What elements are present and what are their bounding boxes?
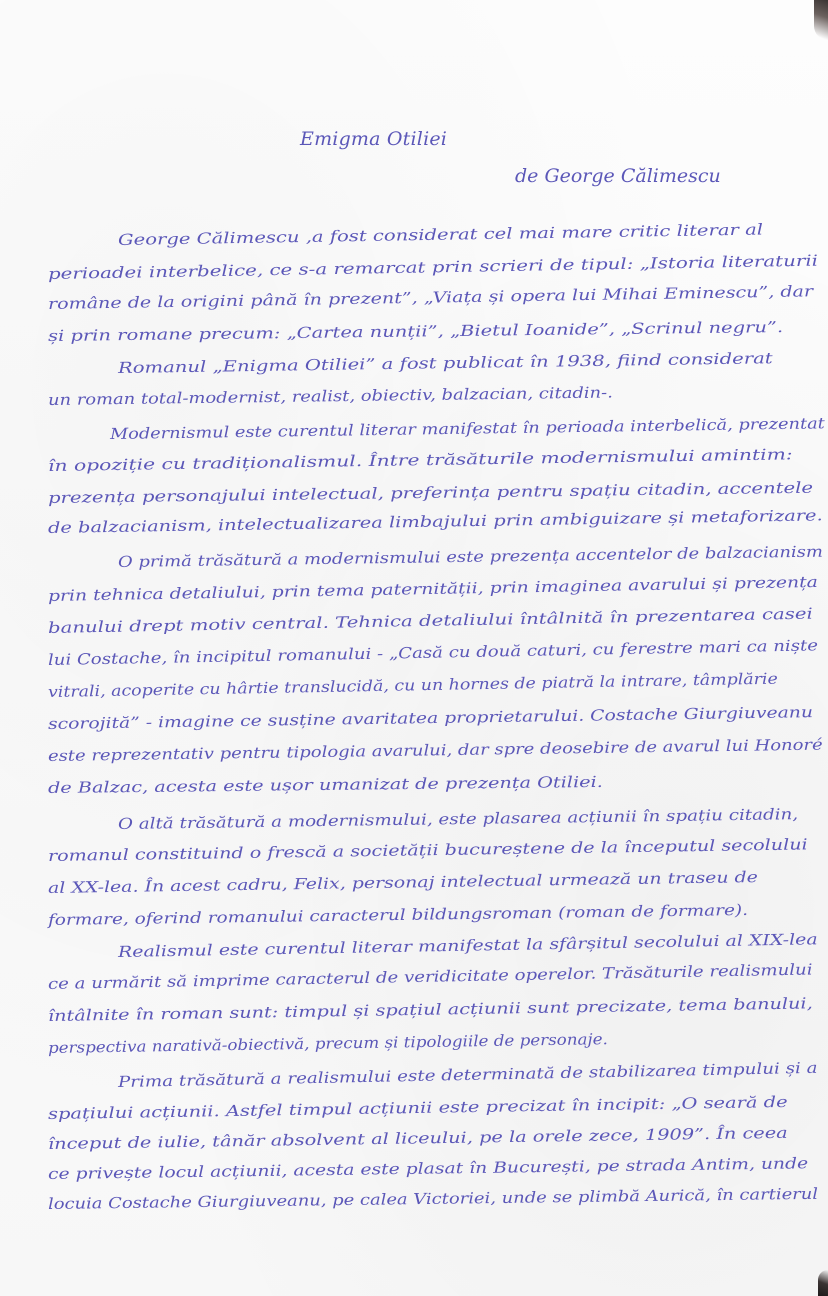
notebook-page: Emigma Otiliei de George Călimescu Georg… [0, 0, 828, 1296]
essay-line: vitrali, acoperite cu hârtie translucidă… [48, 669, 778, 702]
essay-line: Romanul „Enigma Otiliei” a fost publicat… [118, 348, 773, 378]
page-corner-shadow [818, 1270, 828, 1296]
essay-line: început de iulie, tânăr absolvent al lic… [48, 1123, 788, 1154]
essay-author: de George Călimescu [515, 165, 721, 187]
essay-line: Prima trăsătură a realismului este deter… [118, 1058, 818, 1092]
essay-line: scorojită” - imagine ce susține avaritat… [48, 702, 813, 734]
page-corner-shadow [814, 0, 828, 40]
essay-line: O altă trăsătură a modernismului, este p… [118, 804, 799, 834]
essay-line: O primă trăsătură a modernismului este p… [118, 542, 823, 572]
essay-line: prezența personajului intelectual, prefe… [48, 478, 813, 508]
essay-line: formare, oferind romanului caracterul bi… [48, 900, 748, 930]
essay-line: perioadei interbelice, ce s-a remarcat p… [48, 251, 819, 284]
essay-line: și prin romane precum: „Cartea nunții”, … [48, 317, 784, 346]
essay-line: al XX-lea. În acest cadru, Felix, person… [48, 867, 758, 898]
essay-line: de balzacianism, intelectualizarea limba… [48, 505, 823, 538]
essay-line: întâlnite în roman sunt: timpul și spați… [48, 993, 813, 1026]
essay-line: ce privește locul acțiunii, acesta este … [48, 1153, 809, 1184]
essay-line: Modernismul este curentul literar manife… [110, 413, 825, 444]
essay-line: spațiului acțiunii. Astfel timpul acțiun… [48, 1092, 788, 1124]
essay-line: prin tehnica detaliului, prin tema pater… [48, 572, 818, 606]
essay-line: în opoziție cu tradiționalismul. Între t… [48, 444, 793, 476]
essay-line: române de la origini până în prezent”, „… [48, 281, 814, 314]
essay-line: lui Costache, în incipitul romanului - „… [48, 635, 818, 670]
essay-line: Realismul este curentul literar manifest… [118, 929, 818, 962]
essay-line: romanul constituind o frescă a societăți… [48, 834, 808, 866]
essay-title: Emigma Otiliei [300, 128, 447, 150]
essay-line: de Balzac, acesta este ușor umanizat de … [48, 772, 603, 798]
essay-line: banului drept motiv central. Tehnica det… [48, 604, 813, 638]
essay-line: este reprezentativ pentru tipologia avar… [48, 735, 823, 766]
essay-line: locuia Costache Giurgiuveanu, pe calea V… [48, 1184, 818, 1214]
essay-line: ce a urmărit să imprime caracterul de ve… [48, 959, 813, 994]
essay-line: un roman total-modernist, realist, obiec… [48, 382, 613, 410]
essay-line: George Călimescu ,a fost considerat cel … [118, 220, 764, 250]
essay-line: perspectiva narativă-obiectivă, precum ș… [48, 1029, 608, 1058]
